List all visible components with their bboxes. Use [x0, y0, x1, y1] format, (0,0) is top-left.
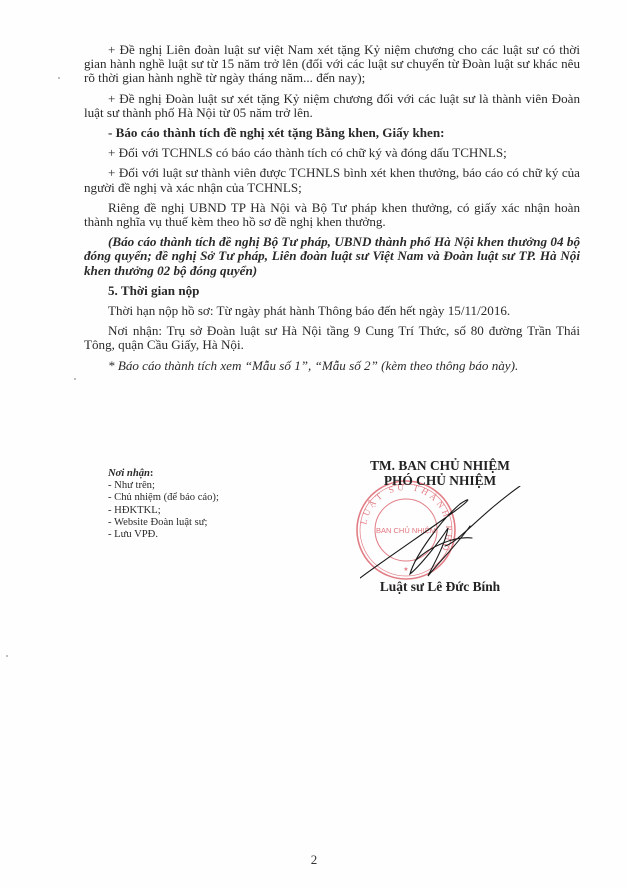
- recipients-title: Nơi nhận:: [108, 468, 219, 480]
- paragraph-templates-note: * Báo cáo thành tích xem “Mẫu số 1”, “Mẫ…: [84, 359, 580, 373]
- document-body: + Đề nghị Liên đoàn luật sư việt Nam xét…: [84, 43, 580, 379]
- document-page: + Đề nghị Liên đoàn luật sư việt Nam xét…: [0, 0, 627, 888]
- scan-speck: [74, 378, 76, 380]
- signature-org-line: TM. BAN CHỦ NHIỆM: [340, 458, 540, 473]
- signature-block: TM. BAN CHỦ NHIỆM PHÓ CHỦ NHIỆM Luật sư …: [340, 458, 540, 488]
- page-number: 2: [300, 852, 328, 868]
- recipients-list: Nơi nhận: - Như trên; - Chủ nhiệm (để bá…: [108, 468, 219, 541]
- paragraph-tax-confirmation: Riêng đề nghị UBND TP Hà Nội và Bộ Tư ph…: [84, 201, 580, 229]
- paragraph-lawyer-federation-medal: + Đề nghị Liên đoàn luật sư việt Nam xét…: [84, 43, 580, 86]
- recipient-item: - Chủ nhiệm (để báo cáo);: [108, 492, 219, 504]
- section-submission-time-heading: 5. Thời gian nộp: [84, 284, 580, 298]
- signatory-name: Luật sư Lê Đức Bính: [340, 579, 540, 595]
- section-commendation-heading: - Báo cáo thành tích đề nghị xét tặng Bằ…: [84, 126, 580, 140]
- recipient-item: - HĐKTKL;: [108, 505, 219, 517]
- handwritten-signature-icon: [360, 486, 540, 581]
- recipient-item: - Như trên;: [108, 480, 219, 492]
- paragraph-member-report: + Đối với luật sư thành viên được TCHNLS…: [84, 166, 580, 194]
- paragraph-bar-medal: + Đề nghị Đoàn luật sư xét tặng Kỷ niệm …: [84, 92, 580, 120]
- scan-speck: [6, 655, 8, 657]
- recipient-item: - Lưu VPĐ.: [108, 529, 219, 541]
- paragraph-receiving-address: Nơi nhận: Trụ sở Đoàn luật sư Hà Nội tần…: [84, 324, 580, 352]
- paragraph-deadline: Thời hạn nộp hồ sơ: Từ ngày phát hành Th…: [84, 304, 580, 318]
- paragraph-tchnls-report: + Đối với TCHNLS có báo cáo thành tích c…: [84, 146, 580, 160]
- scan-speck: [58, 77, 60, 79]
- paragraph-copies-note: (Báo cáo thành tích đề nghị Bộ Tư pháp, …: [84, 235, 580, 278]
- recipient-item: - Website Đoàn luật sư;: [108, 517, 219, 529]
